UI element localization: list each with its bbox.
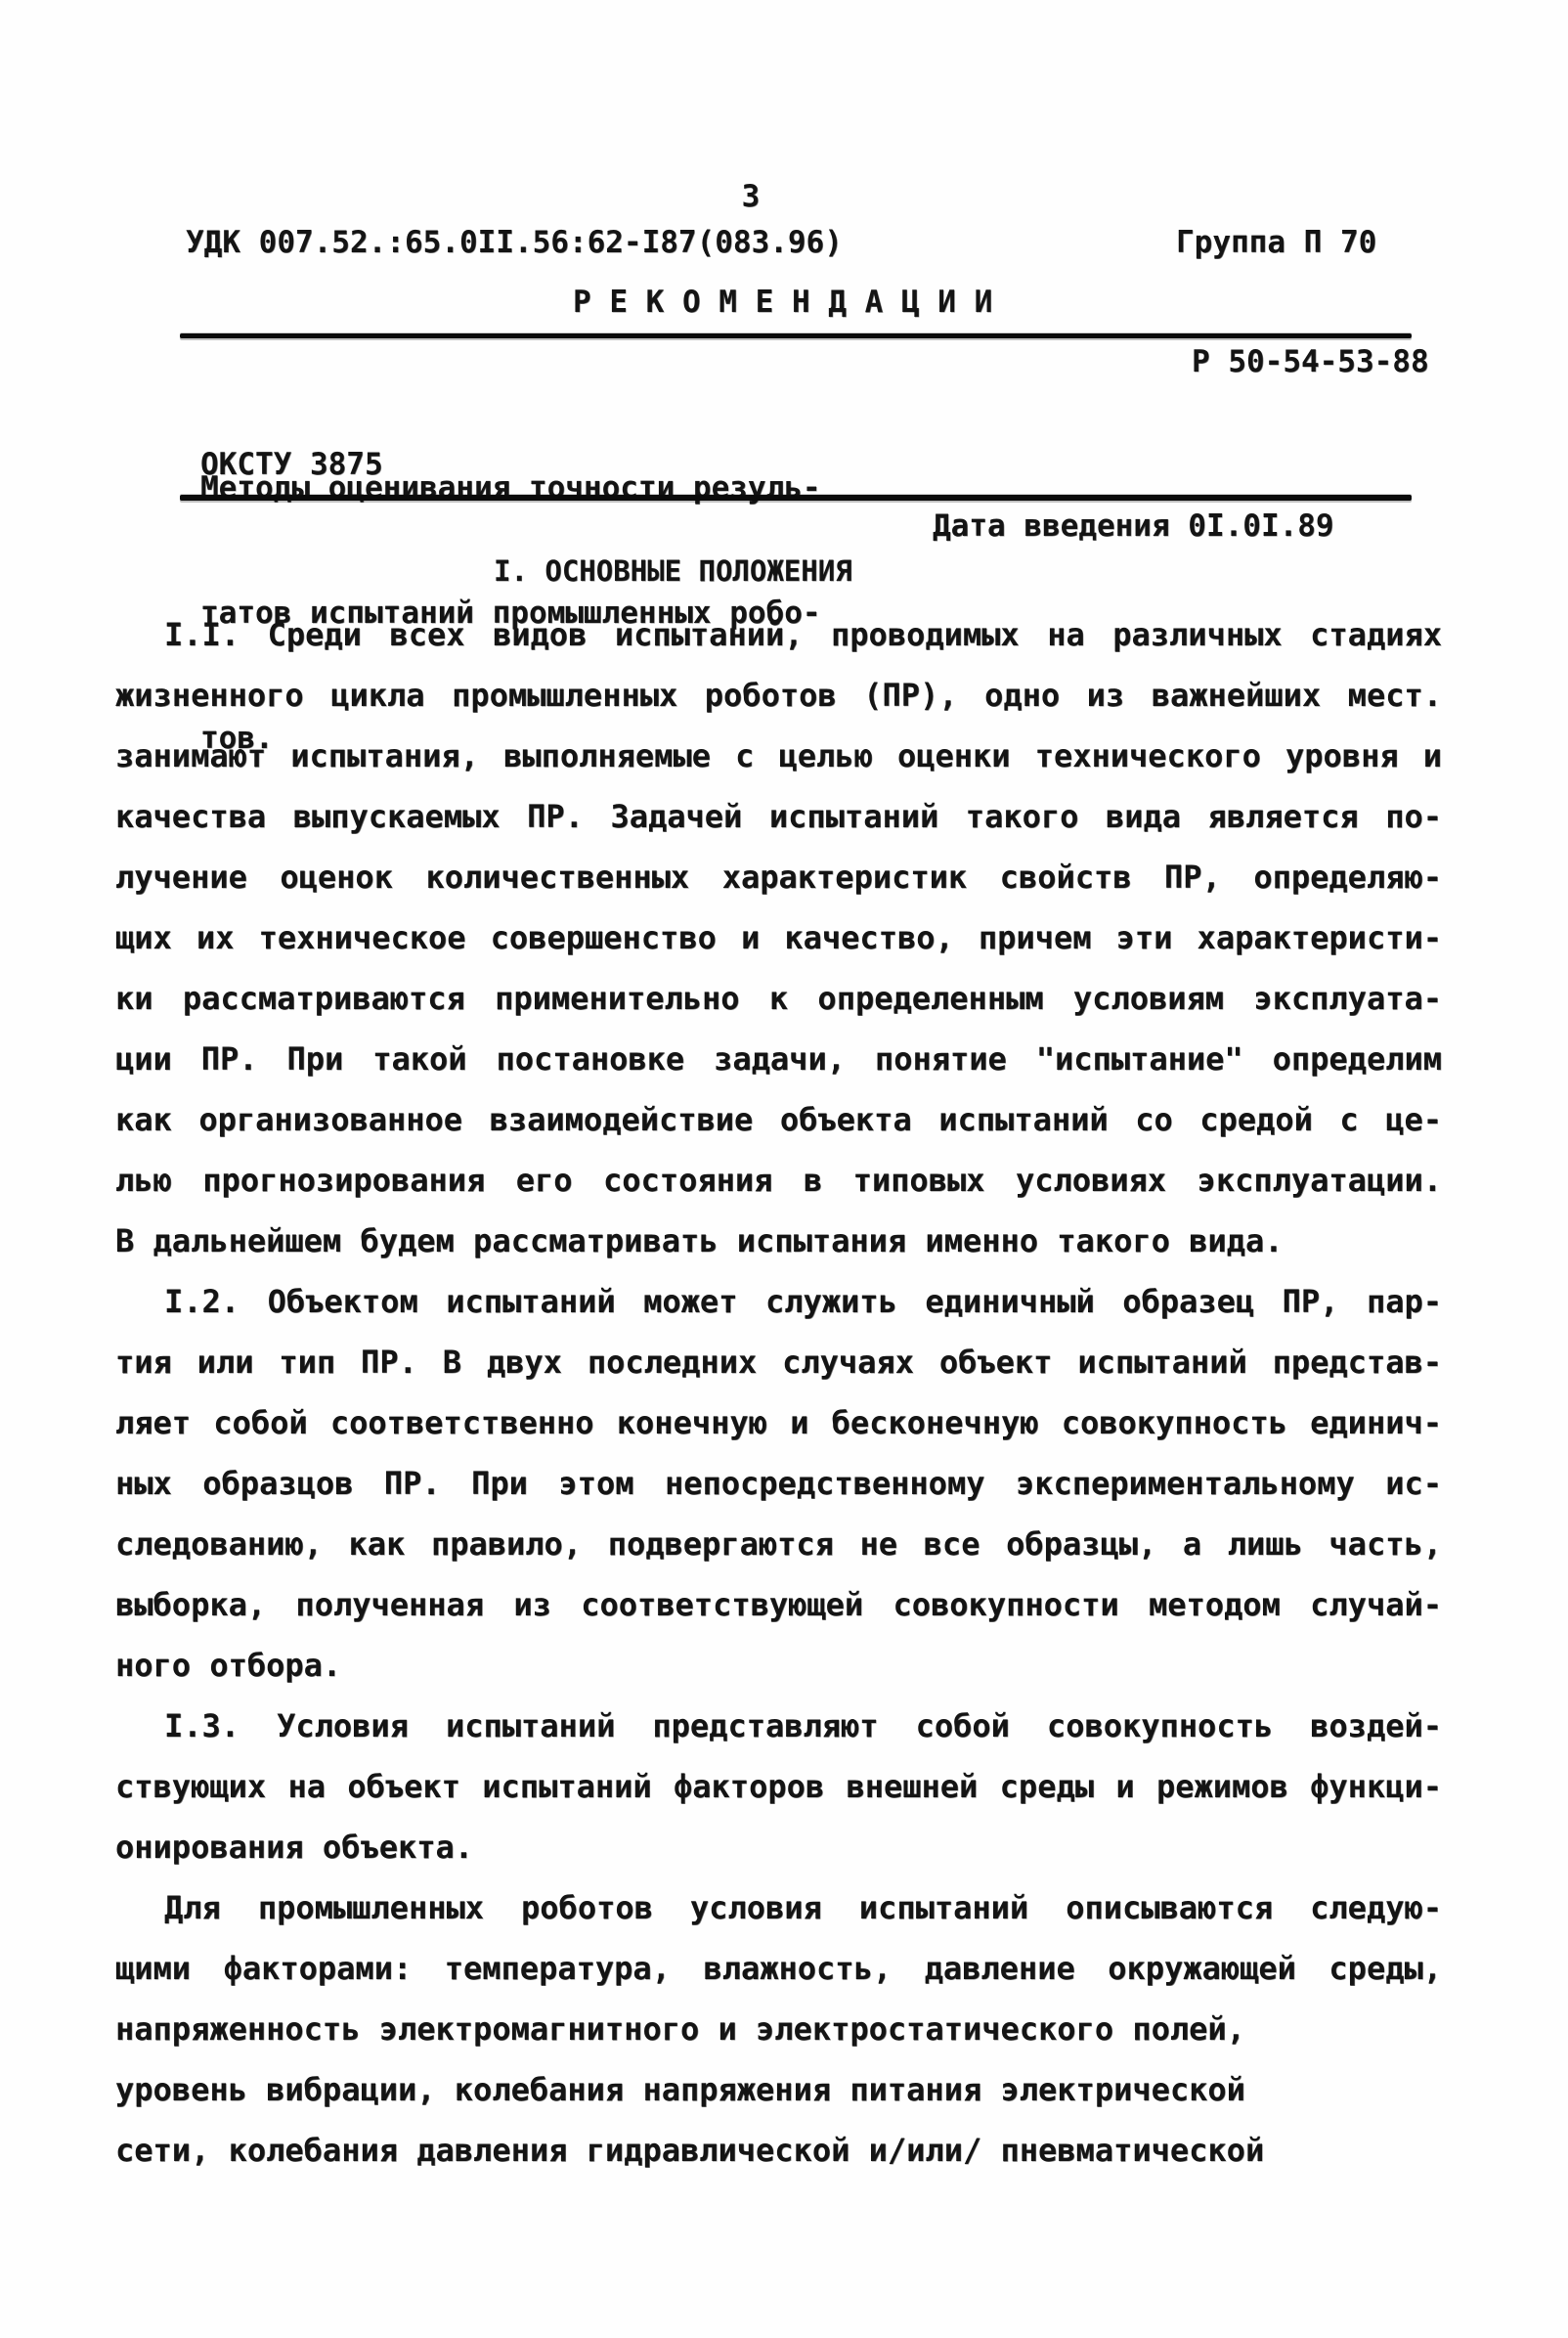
doc-type-heading: Р Е К О М Е Н Д А Ц И И xyxy=(573,286,992,319)
text-line: жизненного цикла промышленных роботов (П… xyxy=(115,665,1442,726)
text-line: лью прогнозирования его состояния в типо… xyxy=(115,1150,1442,1211)
okstu-code: ОКСТУ 3875 xyxy=(200,448,383,481)
text-line: ки рассматриваются применительно к опред… xyxy=(115,968,1442,1029)
text-line: занимают испытания, выполняемые с целью … xyxy=(115,726,1442,786)
text-line: щих их техническое совершенство и качест… xyxy=(115,907,1442,968)
text-line: В дальнейшем будем рассматривать испытан… xyxy=(115,1211,1442,1271)
horizontal-rule-top xyxy=(180,333,1412,338)
body-text: I.I. Среди всех видов испытаний, проводи… xyxy=(115,604,1442,2181)
udk-code: УДК 007.52.:65.0II.56:62-I87(083.96) xyxy=(186,226,843,259)
text-line: I.I. Среди всех видов испытаний, проводи… xyxy=(115,604,1442,665)
horizontal-rule-bottom xyxy=(180,495,1412,501)
text-line: онирования объекта. xyxy=(115,1817,1442,1877)
text-line: лучение оценок количественных характерис… xyxy=(115,847,1442,907)
text-line: щими факторами: температура, влажность, … xyxy=(115,1938,1442,1999)
page-number: 3 xyxy=(115,180,1386,213)
text-line: ции ПР. При такой постановке задачи, пон… xyxy=(115,1029,1442,1089)
intro-date: Дата введения 0I.0I.89 xyxy=(933,509,1334,543)
doc-number: Р 50-54-53-88 xyxy=(1192,345,1429,378)
text-line: следованию, как правило, подвергаются не… xyxy=(115,1514,1442,1574)
text-line: выборка, полученная из соответствующей с… xyxy=(115,1574,1442,1635)
group-label: Группа П 70 xyxy=(1176,226,1376,259)
text-line: напряженность электромагнитного и электр… xyxy=(115,1999,1442,2059)
text-line: ных образцов ПР. При этом непосредственн… xyxy=(115,1453,1442,1514)
text-line: тия или тип ПР. В двух последних случаях… xyxy=(115,1332,1442,1392)
text-line: сети, колебания давления гидравлической … xyxy=(115,2120,1442,2181)
text-line: ного отбора. xyxy=(115,1635,1442,1696)
text-line: качества выпускаемых ПР. Задачей испытан… xyxy=(115,786,1442,847)
text-line: Для промышленных роботов условия испытан… xyxy=(115,1877,1442,1938)
text-line: ляет собой соответственно конечную и бес… xyxy=(115,1392,1442,1453)
text-line: как организованное взаимодействие объект… xyxy=(115,1089,1442,1150)
text-line: уровень вибрации, колебания напряжения п… xyxy=(115,2059,1442,2120)
section-heading: I. ОСНОВНЫЕ ПОЛОЖЕНИЯ xyxy=(494,554,852,589)
text-line: ствующих на объект испытаний факторов вн… xyxy=(115,1756,1442,1817)
scanned-document-page: 3 УДК 007.52.:65.0II.56:62-I87(083.96) Г… xyxy=(0,0,1568,2338)
text-line: I.3. Условия испытаний представляют собо… xyxy=(115,1696,1442,1756)
text-line: I.2. Объектом испытаний может служить ед… xyxy=(115,1271,1442,1332)
